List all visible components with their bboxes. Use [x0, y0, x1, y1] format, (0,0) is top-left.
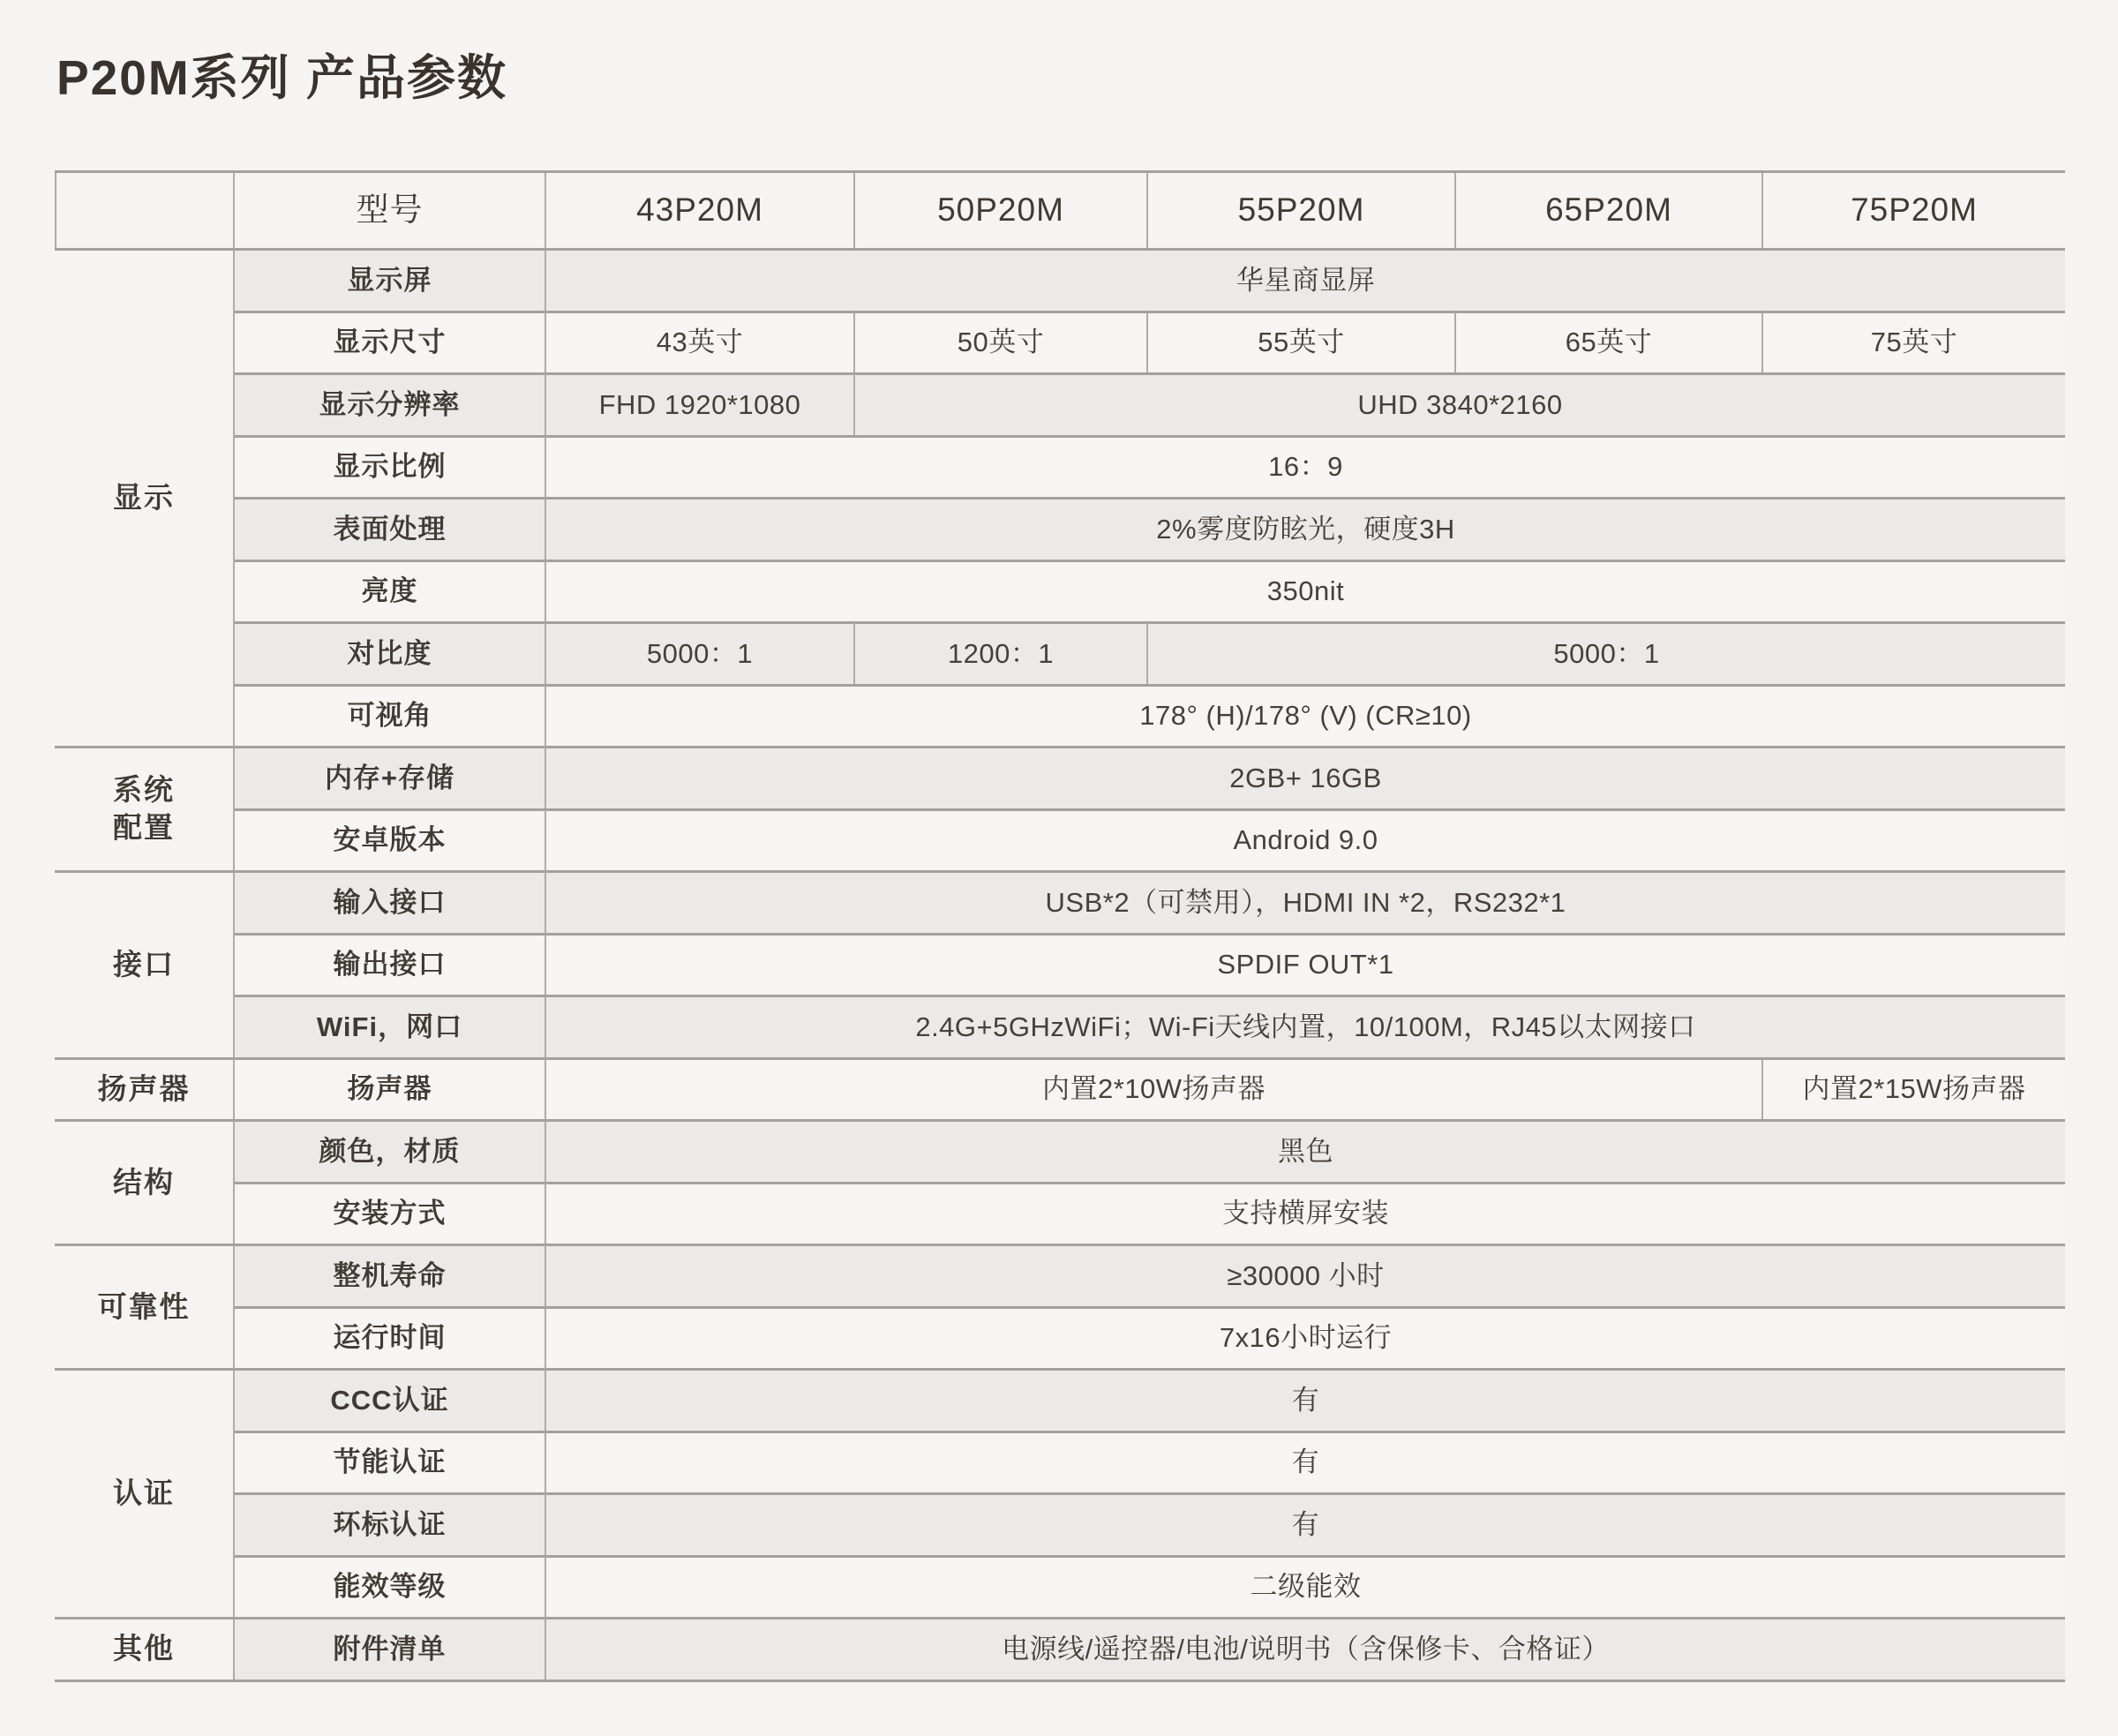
- page-title: P20M系列 产品参数: [56, 39, 507, 109]
- row-label-android: 安卓版本: [235, 808, 546, 871]
- cell-env-label-cert-all: 有: [546, 1492, 2065, 1555]
- cell-accessories-all: 电源线/遥控器/电池/说明书（含保修卡、合格证）: [546, 1617, 2065, 1680]
- cell-memory-all: 2GB+ 16GB: [546, 746, 2065, 808]
- category-system: 系统 配置: [55, 746, 235, 870]
- cell-mounting-all: 支持横屏安装: [546, 1182, 2065, 1244]
- cell-input-ports-all: USB*2（可禁用），HDMI IN *2，RS232*1: [546, 870, 2065, 933]
- row-label-brightness: 亮度: [235, 560, 546, 622]
- cell-size-75: 75英寸: [1763, 311, 2065, 373]
- cell-contrast-55-75: 5000：1: [1148, 621, 2065, 684]
- cell-runtime-all: 7x16小时运行: [546, 1306, 2065, 1369]
- row-label-surface: 表面处理: [235, 497, 546, 560]
- cell-speaker-43-65: 内置2*10W扬声器: [546, 1057, 1763, 1120]
- cell-aspect-all: 16：9: [546, 435, 2065, 498]
- cell-size-50: 50英寸: [855, 311, 1148, 373]
- row-label-energy-saving-cert: 节能认证: [235, 1431, 546, 1493]
- cell-color-material-all: 黑色: [546, 1119, 2065, 1182]
- row-label-accessories: 附件清单: [235, 1617, 546, 1680]
- category-display: 显示: [55, 248, 235, 746]
- row-label-runtime: 运行时间: [235, 1306, 546, 1369]
- header-model-55p20m: 55P20M: [1148, 173, 1456, 248]
- cell-size-65: 65英寸: [1456, 311, 1763, 373]
- row-label-lifetime: 整机寿命: [235, 1244, 546, 1306]
- row-label-contrast: 对比度: [235, 621, 546, 684]
- cell-speaker-75: 内置2*15W扬声器: [1763, 1057, 2065, 1120]
- row-label-viewing-angle: 可视角: [235, 684, 546, 747]
- header-model-43p20m: 43P20M: [546, 173, 855, 248]
- category-certification: 认证: [55, 1368, 235, 1617]
- row-label-memory: 内存+存储: [235, 746, 546, 808]
- header-model-65p20m: 65P20M: [1456, 173, 1763, 248]
- header-model-label: 型号: [235, 173, 546, 248]
- header-corner-cell: [55, 173, 235, 248]
- cell-energy-efficiency-all: 二级能效: [546, 1555, 2065, 1618]
- row-label-input-ports: 输入接口: [235, 870, 546, 933]
- spec-table: 型号 43P20M 50P20M 55P20M 65P20M 75P20M 显示…: [55, 170, 2065, 1682]
- row-label-size: 显示尺寸: [235, 311, 546, 373]
- row-label-mounting: 安装方式: [235, 1182, 546, 1244]
- cell-ccc-cert-all: 有: [546, 1368, 2065, 1431]
- row-label-aspect: 显示比例: [235, 435, 546, 498]
- cell-viewing-angle-all: 178° (H)/178° (V) (CR≥10): [546, 684, 2065, 747]
- category-reliability: 可靠性: [55, 1244, 235, 1368]
- cell-surface-all: 2%雾度防眩光，硬度3H: [546, 497, 2065, 560]
- row-label-color-material: 颜色，材质: [235, 1119, 546, 1182]
- category-ports: 接口: [55, 870, 235, 1057]
- cell-output-ports-all: SPDIF OUT*1: [546, 933, 2065, 996]
- row-label-wifi-lan: WiFi，网口: [235, 995, 546, 1057]
- cell-size-43: 43英寸: [546, 311, 855, 373]
- row-label-energy-efficiency: 能效等级: [235, 1555, 546, 1618]
- row-label-resolution: 显示分辨率: [235, 372, 546, 435]
- header-model-75p20m: 75P20M: [1763, 173, 2065, 248]
- category-speaker: 扬声器: [55, 1057, 235, 1120]
- cell-brightness-all: 350nit: [546, 560, 2065, 622]
- row-label-speaker: 扬声器: [235, 1057, 546, 1120]
- cell-panel-all: 华星商显屏: [546, 248, 2065, 311]
- cell-energy-saving-cert-all: 有: [546, 1431, 2065, 1493]
- row-label-output-ports: 输出接口: [235, 933, 546, 996]
- row-label-env-label-cert: 环标认证: [235, 1492, 546, 1555]
- row-label-ccc-cert: CCC认证: [235, 1368, 546, 1431]
- category-other: 其他: [55, 1617, 235, 1680]
- cell-lifetime-all: ≥30000 小时: [546, 1244, 2065, 1306]
- cell-wifi-lan-all: 2.4G+5GHzWiFi；Wi-Fi天线内置，10/100M，RJ45以太网接…: [546, 995, 2065, 1057]
- row-label-panel: 显示屏: [235, 248, 546, 311]
- cell-size-55: 55英寸: [1148, 311, 1456, 373]
- page: { "page": { "title": "P20M系列 产品参数" }, "t…: [0, 0, 2118, 1736]
- cell-contrast-43: 5000：1: [546, 621, 855, 684]
- cell-contrast-50: 1200：1: [855, 621, 1148, 684]
- cell-resolution-43: FHD 1920*1080: [546, 372, 855, 435]
- category-structure: 结构: [55, 1119, 235, 1244]
- header-model-50p20m: 50P20M: [855, 173, 1148, 248]
- cell-android-all: Android 9.0: [546, 808, 2065, 871]
- cell-resolution-50-75: UHD 3840*2160: [855, 372, 2065, 435]
